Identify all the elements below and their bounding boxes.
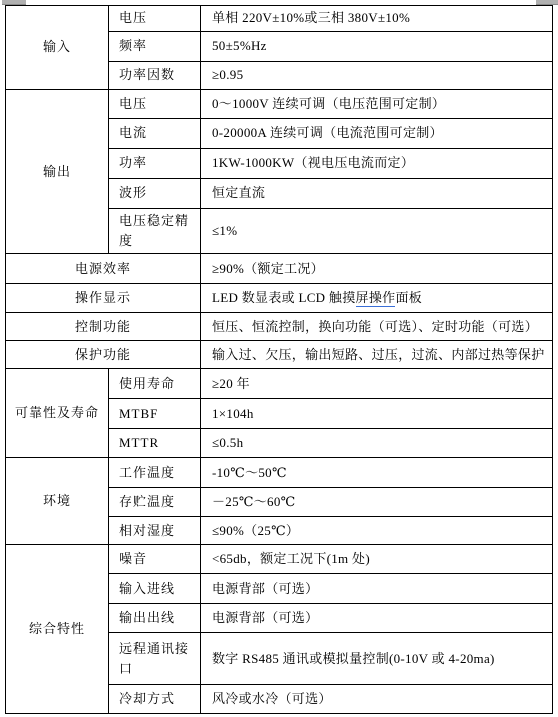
table-row: 综合特性 噪音 <65db，额定工况下(1m 处): [6, 545, 553, 574]
value-cell: 数字 RS485 通讯或模拟量控制(0-10V 或 4-20ma): [201, 633, 553, 685]
item-label-cell: MTTR: [109, 429, 201, 458]
table-row: 输入 电压 单相 220V±10%或三相 380V±10%: [6, 6, 553, 32]
value-cell: ≥0.95: [201, 62, 553, 90]
value-cell: 恒压、恒流控制，换向功能（可选）、定时功能（可选）: [201, 313, 553, 341]
category-cell-control: 控制功能: [6, 313, 201, 341]
category-cell-input: 输入: [6, 6, 109, 90]
category-cell-environment: 环境: [6, 458, 109, 545]
value-cell: ≥20 年: [201, 369, 553, 399]
value-text: LED 数显表或 LCD 触摸: [212, 290, 356, 305]
value-cell: ≤0.5h: [201, 429, 553, 458]
table-row: 操作显示 LED 数显表或 LCD 触摸屏操作面板: [6, 284, 553, 313]
category-cell-efficiency: 电源效率: [6, 254, 201, 284]
value-cell: 0-20000A 连续可调（电流范围可定制）: [201, 119, 553, 149]
category-cell-display: 操作显示: [6, 284, 201, 313]
value-cell: 50±5%Hz: [201, 32, 553, 62]
value-cell: 电源背部（可选）: [201, 574, 553, 604]
table-row: 电源效率 ≥90%（额定工况）: [6, 254, 553, 284]
item-label-cell: 波形: [109, 179, 201, 209]
item-label-cell: 电压: [109, 90, 201, 119]
spec-table: 输入 电压 单相 220V±10%或三相 380V±10% 频率 50±5%Hz…: [5, 5, 553, 714]
table-row: 环境 工作温度 -10℃～50℃: [6, 458, 553, 488]
underlined-text: 屏操作: [356, 290, 396, 307]
value-cell: 1×104h: [201, 399, 553, 429]
value-cell: 电源背部（可选）: [201, 604, 553, 633]
item-label-cell: 工作温度: [109, 458, 201, 488]
item-label-cell: 功率: [109, 149, 201, 179]
item-label-cell: 冷却方式: [109, 685, 201, 714]
item-label-cell: 功率因数: [109, 62, 201, 90]
value-cell: -10℃～50℃: [201, 458, 553, 488]
item-label-cell: 频率: [109, 32, 201, 62]
value-cell: 输入过、欠压，输出短路、过压，过流、内部过热等保护: [201, 341, 553, 369]
item-label-cell: MTBF: [109, 399, 201, 429]
item-label-cell: 远程通讯接口: [109, 633, 201, 685]
category-cell-reliability: 可靠性及寿命: [6, 369, 109, 458]
table-row: 输出 电压 0～1000V 连续可调（电压范围可定制）: [6, 90, 553, 119]
item-label-cell: 存贮温度: [109, 488, 201, 517]
value-cell: －25℃～60℃: [201, 488, 553, 517]
item-label-cell: 输入进线: [109, 574, 201, 604]
category-cell-protection: 保护功能: [6, 341, 201, 369]
table-row: 保护功能 输入过、欠压，输出短路、过压，过流、内部过热等保护: [6, 341, 553, 369]
value-cell: ≤1%: [201, 209, 553, 254]
item-label-cell: 相对湿度: [109, 517, 201, 545]
category-cell-output: 输出: [6, 90, 109, 254]
item-label-cell: 使用寿命: [109, 369, 201, 399]
value-cell: <65db，额定工况下(1m 处): [201, 545, 553, 574]
item-label-cell: 电压: [109, 6, 201, 32]
table-row: 控制功能 恒压、恒流控制，换向功能（可选）、定时功能（可选）: [6, 313, 553, 341]
value-cell: 风冷或水冷（可选）: [201, 685, 553, 714]
value-cell: 单相 220V±10%或三相 380V±10%: [201, 6, 553, 32]
value-cell: LED 数显表或 LCD 触摸屏操作面板: [201, 284, 553, 313]
item-label-cell: 输出出线: [109, 604, 201, 633]
value-cell: 1KW-1000KW（视电压电流而定）: [201, 149, 553, 179]
value-cell: ≥90%（额定工况）: [201, 254, 553, 284]
value-cell: 恒定直流: [201, 179, 553, 209]
item-label-cell: 噪音: [109, 545, 201, 574]
value-cell: 0～1000V 连续可调（电压范围可定制）: [201, 90, 553, 119]
item-label-cell: 电流: [109, 119, 201, 149]
table-row: 可靠性及寿命 使用寿命 ≥20 年: [6, 369, 553, 399]
category-cell-general: 综合特性: [6, 545, 109, 714]
value-cell: ≤90%（25℃）: [201, 517, 553, 545]
item-label-cell: 电压稳定精度: [109, 209, 201, 254]
value-text: 面板: [395, 290, 422, 305]
